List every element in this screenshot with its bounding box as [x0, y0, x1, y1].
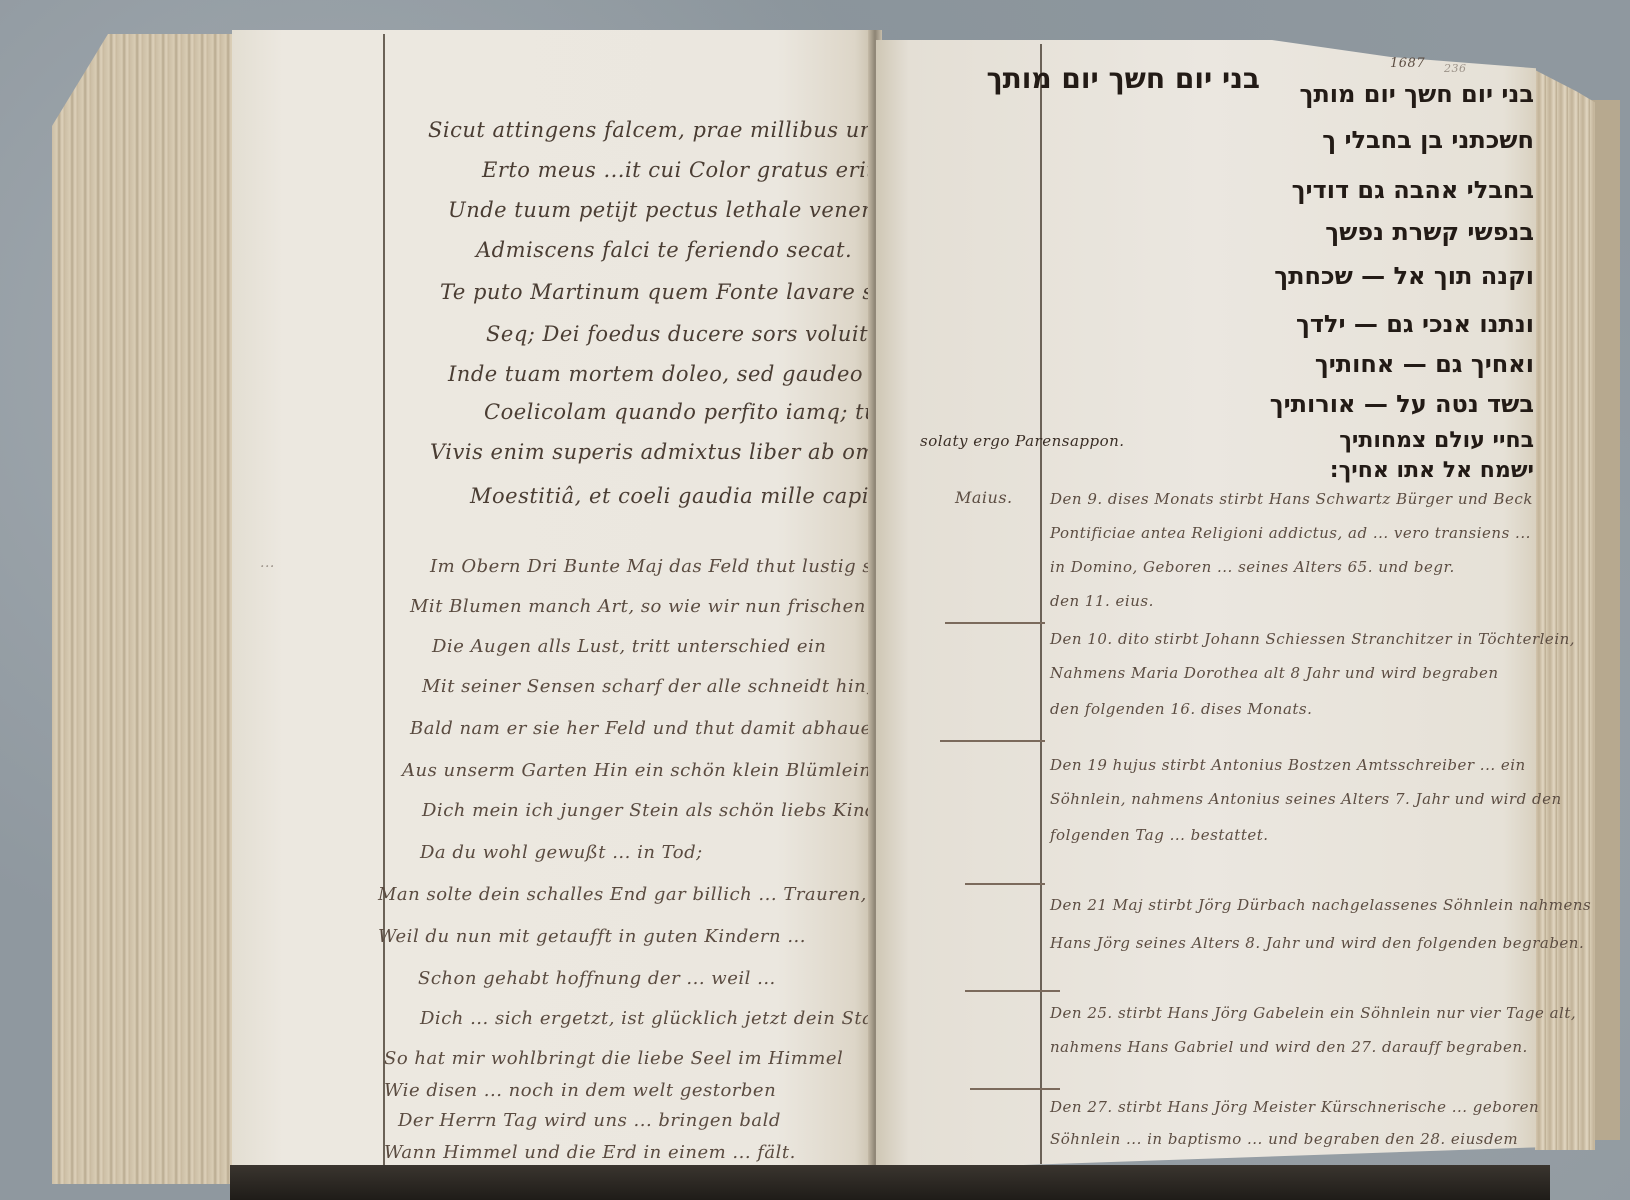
latin-line: Coelicolam quando perfito iamq; tuam,: [484, 400, 919, 424]
latin-line: Seq; Dei foedus ducere sors voluit.: [486, 322, 875, 346]
german-line: Im Obern Dri Bunte Maj das Feld thut lus…: [430, 556, 921, 577]
hebrew-line: בחבלי אהבה גם דודיך: [1292, 176, 1534, 204]
hebrew-line: בשד נטה על — אורותיך: [1270, 390, 1534, 418]
german-line: Man solte dein schalles End gar billich …: [378, 884, 867, 905]
hebrew-line: חשכתני בן בחבלי ך: [1322, 126, 1534, 154]
register-entry-line: Den 9. dises Monats stirbt Hans Schwartz…: [1050, 490, 1533, 508]
german-line: Da du wohl gewußt ... in Tod;: [420, 842, 703, 863]
hebrew-line: בני יום חשך יום מותך: [1300, 80, 1534, 108]
latin-line: Unde tuum petijt pectus lethale venenum: [448, 198, 910, 222]
hebrew-line: ישמח אל אתו אחיך:: [1330, 458, 1534, 483]
register-entry-line: Söhnlein, nahmens Antonius seines Alters…: [1050, 790, 1562, 808]
right-page: [876, 40, 1536, 1170]
entry-separator: [965, 883, 1045, 885]
margin-note: ...: [260, 555, 275, 571]
register-entry-line: den 11. eius.: [1050, 592, 1154, 610]
register-entry-line: Den 27. stirbt Hans Jörg Meister Kürschn…: [1050, 1098, 1539, 1116]
entry-separator: [945, 622, 1045, 624]
folio-number: 236: [1444, 62, 1467, 75]
right-page-margin-rule: [1040, 44, 1042, 1164]
german-line: Wie disen ... noch in dem welt gestorben: [384, 1080, 776, 1101]
german-line: Dich mein ich junger Stein als schön lie…: [422, 800, 877, 821]
latin-line: Admiscens falci te feriendo secat.: [476, 238, 852, 262]
hebrew-line: בני יום חשך יום מותך: [986, 62, 1260, 95]
open-manuscript-book: Sicut attingens falcem, prae millibus un…: [0, 0, 1630, 1200]
hebrew-line: ונתנו אנכי גם — ילדך: [1296, 310, 1534, 338]
german-line: Schon gehabt hoffnung der ... weil ...: [418, 968, 776, 989]
german-line: Mit Blumen manch Art, so wie wir nun fri…: [410, 596, 866, 617]
latin-line: Moestitiâ, et coeli gaudia mille capis.: [470, 484, 887, 508]
register-entry-line: Nahmens Maria Dorothea alt 8 Jahr und wi…: [1050, 664, 1499, 682]
side-label: solaty ergo Parensappon.: [920, 432, 1125, 450]
entry-separator: [965, 990, 1060, 992]
german-line: Der Herrn Tag wird uns ... bringen bald: [398, 1110, 781, 1131]
register-entry-line: in Domino, Geboren ... seines Alters 65.…: [1050, 558, 1455, 576]
register-entry-line: Den 19 hujus stirbt Antonius Bostzen Amt…: [1050, 756, 1526, 774]
entry-separator: [940, 740, 1045, 742]
register-entry-line: Hans Jörg seines Alters 8. Jahr und wird…: [1050, 934, 1584, 952]
latin-line: Vivis enim superis admixtus liber ab omn…: [430, 440, 897, 464]
german-line: Mit seiner Sensen scharf der alle schnei…: [422, 676, 872, 697]
register-entry-line: Pontificiae antea Religioni addictus, ad…: [1050, 524, 1531, 542]
register-entry-line: Den 21 Maj stirbt Jörg Dürbach nachgelas…: [1050, 896, 1591, 914]
register-entry-line: nahmens Hans Gabriel und wird den 27. da…: [1050, 1038, 1528, 1056]
register-entry-line: den folgenden 16. dises Monats.: [1050, 700, 1312, 718]
german-line: Bald nam er sie her Feld und thut damit …: [410, 718, 884, 739]
table-shadow: [230, 1165, 1550, 1200]
german-line: Dich ... sich ergetzt, ist glücklich jet…: [420, 1008, 904, 1029]
right-page-stack-edge: [1535, 70, 1595, 1150]
german-line: Aus unserm Garten Hin ein schön klein Bl…: [402, 760, 878, 781]
entry-separator: [970, 1088, 1060, 1090]
left-page-stack-edge: [52, 34, 252, 1184]
left-page-margin-rule: [383, 34, 385, 1174]
german-line: So hat mir wohlbringt die liebe Seel im …: [384, 1048, 843, 1069]
german-line: Die Augen alls Lust, tritt unterschied e…: [432, 636, 826, 657]
register-entry-line: Den 25. stirbt Hans Jörg Gabelein ein Sö…: [1050, 1004, 1576, 1022]
german-line: Wann Himmel und die Erd in einem ... fäl…: [384, 1142, 796, 1163]
month-label: Maius.: [955, 488, 1013, 507]
hebrew-line: בנפשי קשרת נפשך: [1325, 218, 1534, 246]
register-entry-line: Söhnlein ... in baptismo ... und begrabe…: [1050, 1130, 1518, 1148]
hebrew-line: בחיי עולם צמחותיך: [1339, 428, 1534, 453]
register-entry-line: folgenden Tag ... bestattet.: [1050, 826, 1269, 844]
register-entry-line: Den 10. dito stirbt Johann Schiessen Str…: [1050, 630, 1575, 648]
german-line: Weil du nun mit getaufft in guten Kinder…: [378, 926, 806, 947]
year-number: 1687: [1390, 56, 1425, 71]
hebrew-line: וקנה תוך אל — שכחתך: [1274, 262, 1534, 290]
hebrew-line: ואחיך גם — אחותיך: [1315, 350, 1534, 378]
latin-line: Erto meus ...it cui Color gratus erit,: [482, 158, 882, 182]
latin-line: Sicut attingens falcem, prae millibus un…: [428, 118, 899, 142]
